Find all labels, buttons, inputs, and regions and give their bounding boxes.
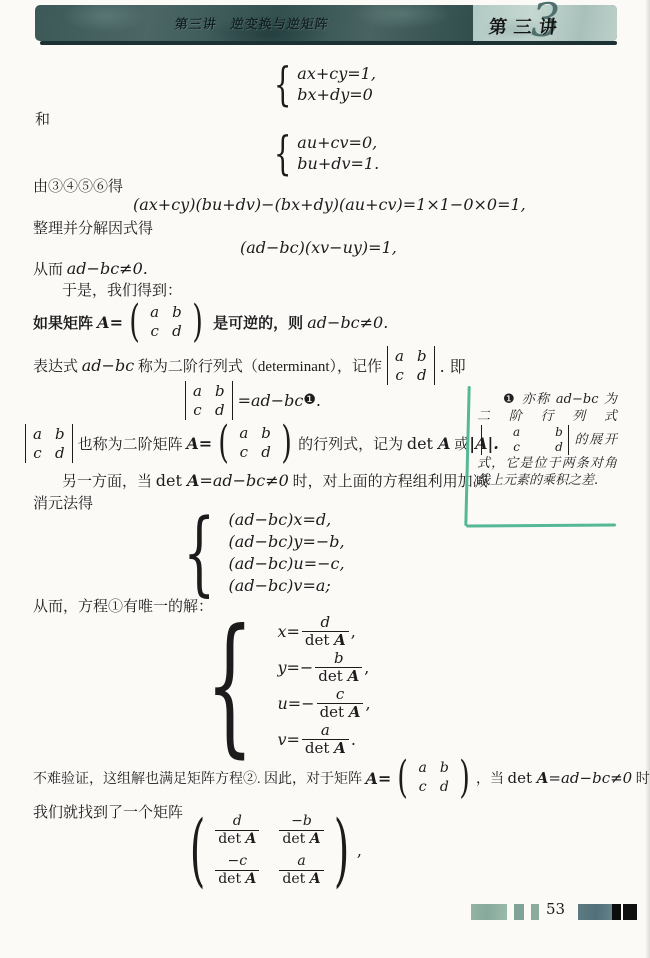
page-number: 53 bbox=[546, 900, 565, 918]
left-brace: { bbox=[206, 610, 254, 760]
right-paren: ) bbox=[192, 301, 203, 343]
left-paren: ( bbox=[129, 301, 140, 343]
invertible-statement: 如果矩阵 A=(abcd) 是可逆的，则 ad−bc≠0. bbox=[33, 300, 388, 344]
factored-equation: (ad−bc)(xv−uy)=1, bbox=[240, 238, 397, 257]
thus-line: 从而 ad−bc≠0. bbox=[33, 258, 148, 279]
equation-line: (ad−bc)u=−c, bbox=[229, 553, 345, 575]
footer-deco-black-block bbox=[623, 904, 637, 920]
equation-system-3: { (ad−bc)x=d,(ad−bc)y=−b,(ad−bc)u=−c,(ad… bbox=[170, 507, 345, 599]
equation-line: bx+dy=0 bbox=[297, 84, 376, 105]
determinant-naming-line: 表达式 ad−bc 称为二阶行列式（determinant），记作abcd. 即 bbox=[33, 344, 466, 386]
right-paren: ) bbox=[459, 757, 470, 799]
inverse-matrix: ( ddet A −bdet A −cdet A adet A ) , bbox=[182, 814, 362, 886]
footer-deco-black-block bbox=[612, 904, 621, 920]
solution-system: { x=ddet A, y=−bdet A, u=−cdet A, v=adet… bbox=[182, 610, 371, 760]
left-brace: { bbox=[183, 507, 215, 599]
other-hand-line: 另一方面，当 det A=ad−bc≠0 时，对上面的方程组利用加减 bbox=[62, 470, 488, 491]
footer-deco-bar bbox=[578, 904, 612, 920]
equation-line: bu+dv=1. bbox=[297, 153, 379, 174]
elimination-line: 消元法得 bbox=[33, 492, 93, 513]
derivation-intro: 由③④⑤⑥得 bbox=[33, 175, 123, 196]
so-we-get-line: 于是，我们得到： bbox=[62, 279, 182, 300]
solution-line-x: x=ddet A, bbox=[277, 613, 370, 649]
equation-line: ax+cy=1, bbox=[297, 63, 376, 84]
factor-intro: 整理并分解因式得 bbox=[33, 217, 153, 238]
solution-line-y: y=−bdet A, bbox=[277, 649, 370, 685]
margin-footnote: ❶ 亦称 ad−bc 为二阶行列式abcd的展开式，它是位于两条对角线上元素的乘… bbox=[477, 391, 617, 489]
equation-line: (ad−bc)x=d, bbox=[229, 509, 345, 531]
fraction: bdet A bbox=[315, 650, 362, 685]
solution-line-u: u=−cdet A, bbox=[277, 685, 370, 721]
fraction: adet A bbox=[302, 722, 349, 757]
chapter-tab: 3 第三讲 bbox=[473, 5, 617, 41]
running-head-title: 第三讲 逆变换与逆矩阵 bbox=[174, 14, 331, 33]
verification-paragraph: 不难验证，这组解也满足矩阵方程②. 因此，对于矩阵 A=(abcd)，当 det… bbox=[33, 756, 650, 800]
footer-deco-square bbox=[514, 904, 524, 920]
left-paren: ( bbox=[218, 422, 229, 464]
page-edge-shading bbox=[645, 0, 650, 958]
left-brace: { bbox=[274, 61, 292, 107]
equation-line: (ad−bc)v=a; bbox=[229, 575, 345, 597]
footer-deco-square bbox=[531, 904, 539, 920]
right-paren: ) bbox=[281, 422, 292, 464]
left-paren: ( bbox=[190, 812, 206, 888]
textbook-page: 第三讲 逆变换与逆矩阵 3 第三讲 { ax+cy=1,bx+dy=0 和 { … bbox=[0, 0, 650, 958]
found-matrix-line: 我们就找到了一个矩阵 bbox=[33, 801, 183, 822]
connector-word: 和 bbox=[35, 108, 50, 129]
fraction: −cdet A bbox=[215, 853, 259, 888]
fraction: adet A bbox=[279, 853, 323, 888]
determinant-2x2: abcd bbox=[479, 425, 571, 455]
equation-line: au+cv=0, bbox=[297, 132, 379, 153]
equation-system-1: { ax+cy=1,bx+dy=0 bbox=[268, 61, 376, 107]
footer-deco-bar bbox=[471, 904, 507, 920]
fraction: ddet A bbox=[302, 614, 349, 649]
determinant-2x2: abcd bbox=[385, 346, 437, 385]
det-of-matrix-line: abcd也称为二阶矩阵 A=(abcd)的行列式，记为 det A 或|A|. bbox=[20, 421, 499, 465]
fraction: ddet A bbox=[215, 813, 259, 848]
determinant-2x2: abcd bbox=[183, 381, 235, 420]
chapter-label: 第三讲 bbox=[488, 13, 566, 39]
fraction: cdet A bbox=[317, 686, 364, 721]
left-paren: ( bbox=[398, 757, 409, 799]
note-border-bottom bbox=[466, 523, 616, 527]
matrix-A: (abcd) bbox=[126, 301, 206, 343]
footnote-marker: ❶ bbox=[503, 392, 516, 407]
determinant-2x2: abcd bbox=[23, 424, 75, 463]
equation-line: (ad−bc)y=−b, bbox=[229, 531, 345, 553]
footnote-marker: ❶ bbox=[303, 392, 316, 408]
equation-system-2: { au+cv=0,bu+dv=1. bbox=[268, 130, 379, 176]
determinant-equation: abcd=ad−bc❶. bbox=[180, 381, 321, 419]
expanded-equation: (ax+cy)(bu+dv)−(bx+dy)(au+cv)=1×1−0×0=1, bbox=[133, 195, 526, 214]
fraction: −bdet A bbox=[279, 813, 323, 848]
solution-line-v: v=adet A. bbox=[277, 721, 370, 757]
header-band: 第三讲 逆变换与逆矩阵 3 第三讲 bbox=[35, 5, 617, 41]
left-brace: { bbox=[274, 130, 292, 176]
matrix-A: (abcd) bbox=[215, 422, 295, 464]
right-paren: ) bbox=[333, 812, 349, 888]
matrix-A: (abcd) bbox=[394, 757, 473, 799]
